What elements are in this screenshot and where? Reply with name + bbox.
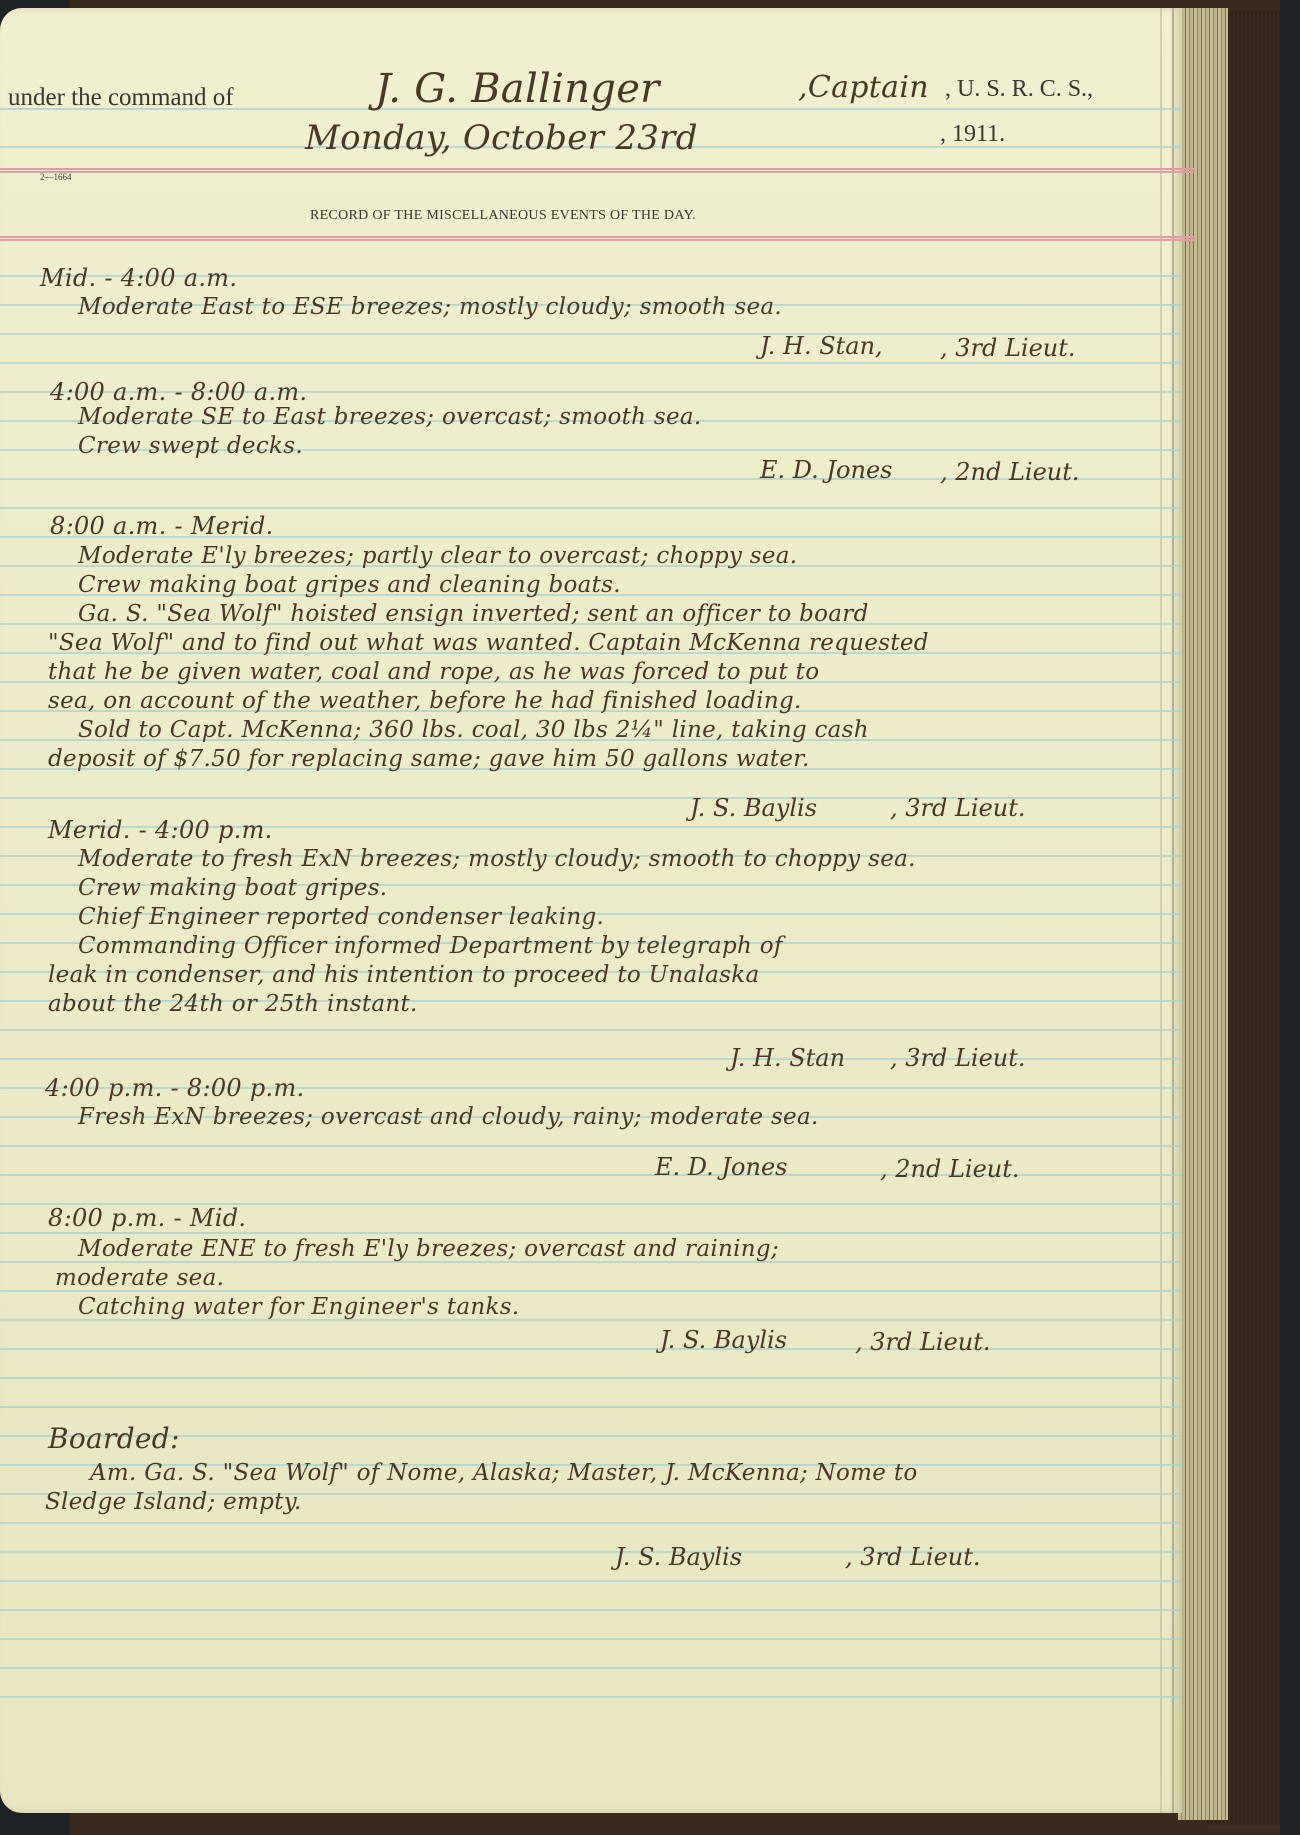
log-year: , 1911.	[940, 121, 1005, 148]
signature-rank: , 2nd Lieut.	[880, 1155, 1020, 1183]
entry-line: Sledge Island; empty.	[45, 1489, 302, 1515]
entry-line: "Sea Wolf" and to find out what was want…	[48, 630, 929, 656]
signature-rank: , 3rd Lieut.	[845, 1543, 981, 1571]
signature-rank: , 3rd Lieut.	[855, 1328, 991, 1356]
log-date: Monday, October 23rd	[305, 118, 698, 158]
entry-line: Moderate ENE to fresh E'ly breezes; over…	[78, 1236, 779, 1262]
service-designation: , U. S. R. C. S.,	[945, 76, 1093, 103]
watch-label: 8:00 a.m. - Merid.	[50, 512, 274, 540]
entry-line: deposit of $7.50 for replacing same; gav…	[48, 746, 810, 772]
entry-line: about the 24th or 25th instant.	[48, 991, 418, 1017]
entry-line: leak in condenser, and his intention to …	[48, 962, 759, 988]
entry-line: Sold to Capt. McKenna; 360 lbs. coal, 30…	[78, 717, 869, 743]
header-red-rule	[0, 168, 1195, 173]
entry-line: moderate sea.	[55, 1265, 224, 1291]
entry-line: Am. Ga. S. "Sea Wolf" of Nome, Alaska; M…	[90, 1460, 918, 1486]
watch-label: 4:00 a.m. - 8:00 a.m.	[50, 378, 307, 406]
boarded-heading: Boarded:	[48, 1422, 180, 1455]
officer-signature: J. S. Baylis	[690, 794, 817, 822]
entry-line: Catching water for Engineer's tanks.	[78, 1294, 519, 1320]
ledger-page: under the command of J. G. Ballinger ,Ca…	[0, 8, 1182, 1813]
watch-label: Mid. - 4:00 a.m.	[40, 264, 237, 292]
entry-line: Ga. S. "Sea Wolf" hoisted ensign inverte…	[78, 601, 869, 627]
entry-line: that he be given water, coal and rope, a…	[48, 659, 819, 685]
entry-line: Crew swept decks.	[78, 433, 303, 459]
signature-rank: , 2nd Lieut.	[940, 458, 1080, 486]
entry-line: Commanding Officer informed Department b…	[78, 933, 783, 959]
signature-rank: , 3rd Lieut.	[890, 794, 1026, 822]
signature-rank: , 3rd Lieut.	[940, 334, 1076, 362]
entry-line: Chief Engineer reported condenser leakin…	[78, 904, 604, 930]
officer-signature: J. S. Baylis	[615, 1543, 742, 1571]
page-edge-line	[1160, 8, 1162, 1813]
command-prefix: under the command of	[8, 84, 234, 112]
watch-label: Merid. - 4:00 p.m.	[48, 816, 273, 844]
watch-label: 8:00 p.m. - Mid.	[48, 1204, 246, 1232]
entry-line: Crew making boat gripes.	[78, 875, 387, 901]
entry-line: sea, on account of the weather, before h…	[48, 688, 802, 714]
entry-line: Moderate SE to East breezes; overcast; s…	[78, 404, 702, 430]
commander-rank: ,Captain	[798, 70, 929, 105]
commander-name: J. G. Ballinger	[375, 66, 660, 112]
watch-label: 4:00 p.m. - 8:00 p.m.	[45, 1074, 304, 1102]
entry-line: Fresh ExN breezes; overcast and cloudy, …	[78, 1104, 819, 1130]
officer-signature: J. H. Stan	[730, 1044, 845, 1072]
page-edge-line	[1172, 8, 1174, 1813]
signature-rank: , 3rd Lieut.	[890, 1044, 1026, 1072]
officer-signature: J. S. Baylis	[660, 1326, 787, 1354]
officer-signature: E. D. Jones	[655, 1153, 787, 1181]
entry-line: Moderate East to ESE breezes; mostly clo…	[78, 294, 782, 320]
entry-line: Crew making boat gripes and cleaning boa…	[78, 572, 621, 598]
page-stack-edge	[1178, 8, 1228, 1820]
form-number: 2—1664	[40, 172, 72, 182]
section-red-rule	[0, 236, 1195, 241]
entry-line: Moderate to fresh ExN breezes; mostly cl…	[78, 846, 916, 872]
entry-line: Moderate E'ly breezes; partly clear to o…	[78, 543, 797, 569]
officer-signature: J. H. Stan,	[760, 332, 883, 360]
officer-signature: E. D. Jones	[760, 456, 892, 484]
section-title: RECORD OF THE MISCELLANEOUS EVENTS OF TH…	[310, 208, 696, 224]
